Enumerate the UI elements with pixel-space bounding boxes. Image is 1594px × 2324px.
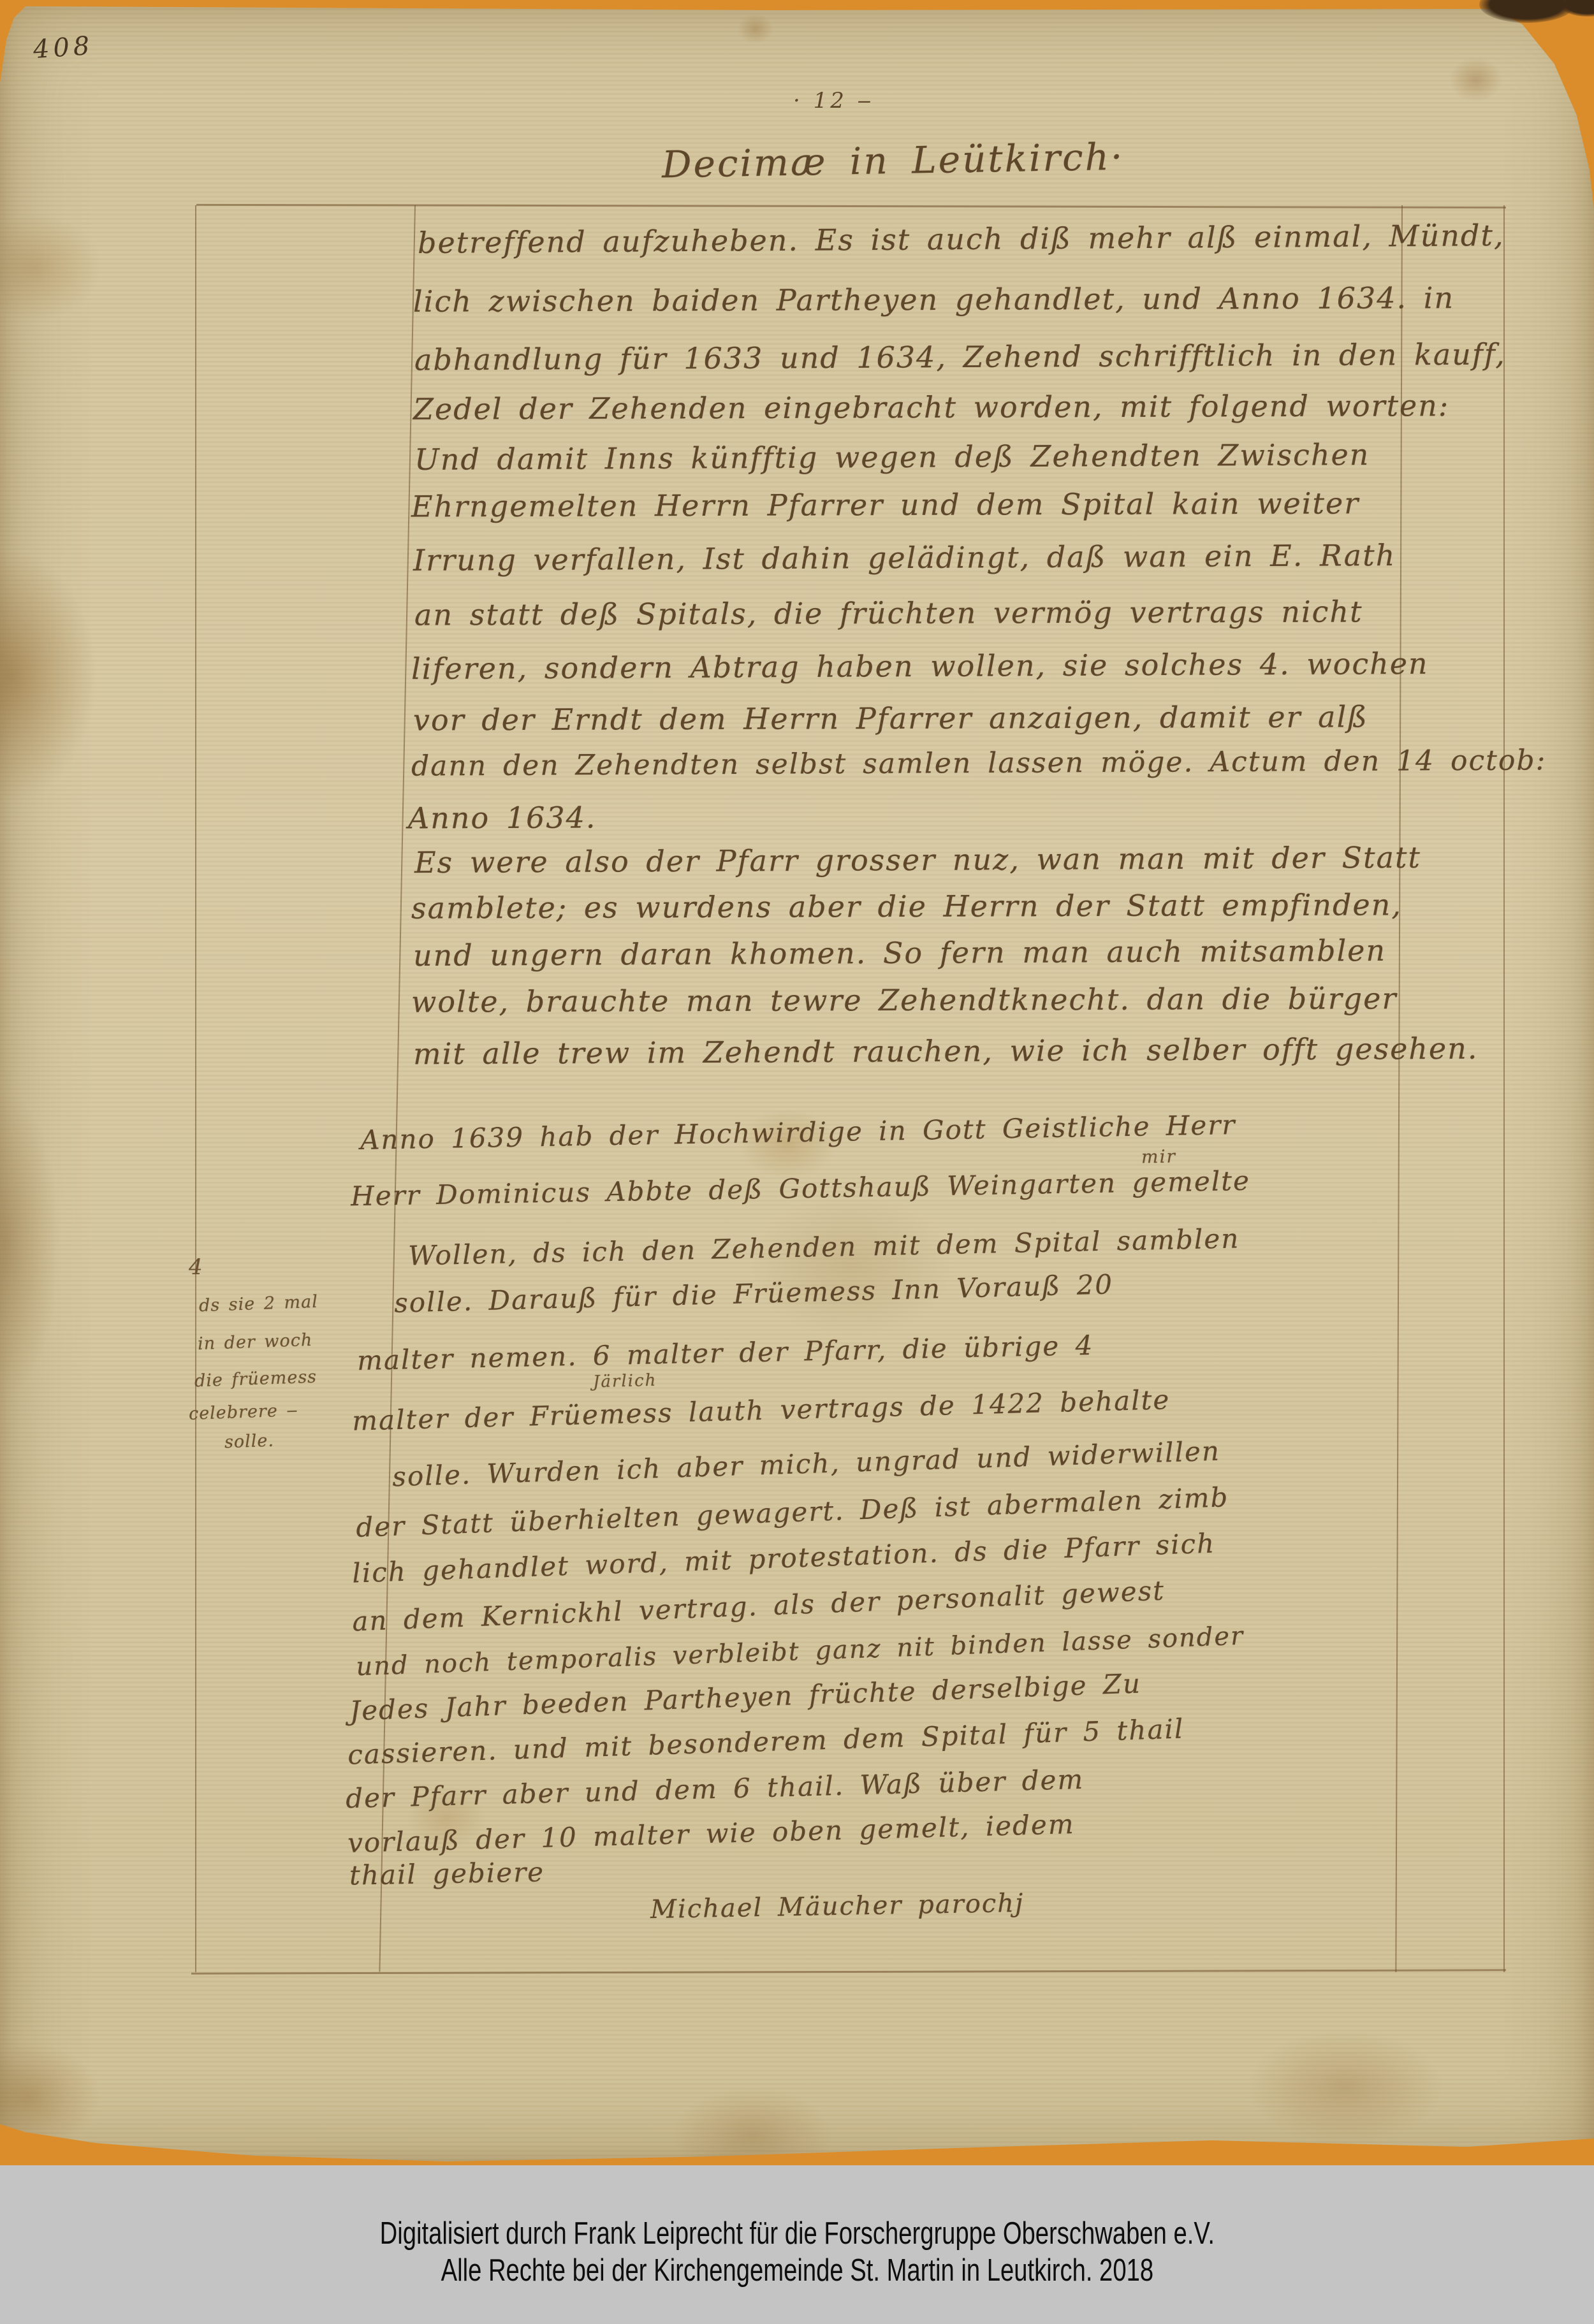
manuscript-line: Zedel der Zehenden eingebracht worden, m… — [413, 388, 1450, 426]
manuscript-line: und ungern daran khomen. So fern man auc… — [413, 933, 1386, 973]
margin-note-line: in der woch — [198, 1330, 313, 1354]
scanned-manuscript-view: 408 · 12 ‒ Decimæ in Leütkirch· betreffe… — [0, 0, 1594, 2324]
manuscript-line: an statt deß Spitals, die früchten vermö… — [414, 594, 1363, 632]
credit-line-2: Alle Rechte bei der Kirchengemeinde St. … — [441, 2252, 1153, 2289]
manuscript-line: Und damit Inns künfftig wegen deß Zehend… — [414, 437, 1370, 477]
margin-note-line: solle. — [224, 1431, 274, 1453]
manuscript-line: liferen, sondern Abtrag haben wollen, si… — [411, 646, 1429, 686]
manuscript-line: vor der Erndt dem Herrn Pfarrer anzaigen… — [413, 699, 1368, 737]
credit-line-1: Digitalisiert durch Frank Leiprecht für … — [379, 2215, 1214, 2252]
manuscript-line: Ehrngemelten Herrn Pfarrer und dem Spita… — [411, 486, 1359, 523]
manuscript-line: samblete; es wurdens aber die Herrn der … — [411, 887, 1402, 925]
page-number: · 12 ‒ — [793, 88, 874, 113]
manuscript-line: Irrung verfallen, Ist dahin gelädingt, d… — [413, 538, 1396, 577]
manuscript-line: thail gebiere — [349, 1856, 545, 1891]
margin-note-line: celebrere ‒ — [189, 1400, 299, 1424]
interlinear-insertion: Järlich — [593, 1371, 657, 1392]
frame-line-left-outer — [195, 205, 196, 1972]
manuscript-line: mit alle trew im Zehendt rauchen, wie ic… — [413, 1031, 1479, 1071]
folio-number: 408 — [33, 31, 94, 64]
interlinear-insertion: mir — [1141, 1146, 1176, 1168]
manuscript-line: Es were also der Pfarr grosser nuz, wan … — [414, 840, 1421, 880]
manuscript-line: lich zwischen baiden Partheyen gehandlet… — [413, 280, 1454, 319]
margin-note-line: 4 — [189, 1254, 203, 1280]
manuscript-line: abhandlung für 1633 und 1634, Zehend sch… — [414, 337, 1506, 377]
manuscript-line: wolte, brauchte man tewre Zehendtknecht.… — [411, 981, 1398, 1019]
manuscript-line: Anno 1634. — [408, 800, 597, 835]
margin-note-line: ds sie 2 mal — [199, 1292, 319, 1316]
manuscript-line: dann den Zehendten selbst samlen lassen … — [411, 744, 1547, 782]
digitization-credit-strip: Digitalisiert durch Frank Leiprecht für … — [0, 2165, 1594, 2324]
frame-line-right-outer — [1503, 205, 1505, 1972]
page-title: Decimæ in Leütkirch· — [661, 135, 1124, 187]
